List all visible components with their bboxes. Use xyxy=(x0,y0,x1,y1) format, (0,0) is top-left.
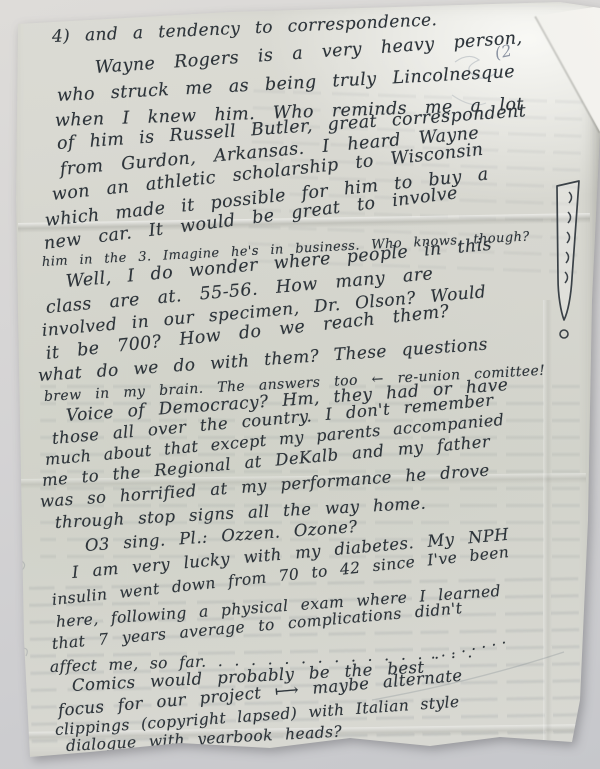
margin-doodle-icon xyxy=(549,178,593,348)
photo-of-letter: (2 4) and a tendency to correspondence. … xyxy=(0,0,600,769)
letter-paper: (2 4) and a tendency to correspondence. … xyxy=(0,0,600,769)
paper-shadow-wrap: (2 4) and a tendency to correspondence. … xyxy=(0,0,600,769)
fold-crease-line xyxy=(534,16,600,133)
